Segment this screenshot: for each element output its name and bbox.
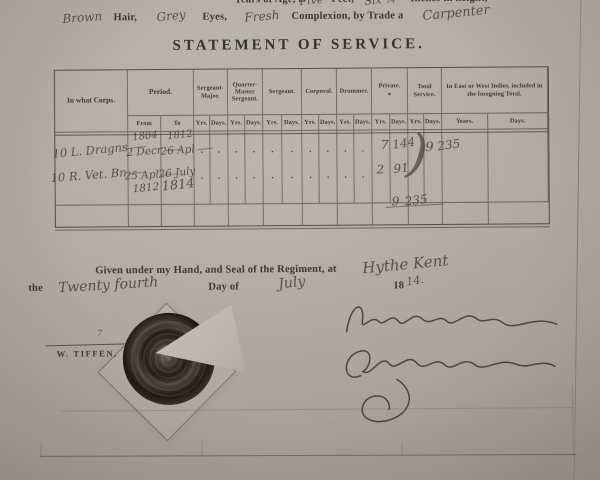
sub-header-yrs: Yrs. xyxy=(302,115,319,131)
sub-header-yrs: Yrs. xyxy=(337,115,354,131)
empty-dot: . xyxy=(271,171,273,180)
empty-dot: . xyxy=(253,171,255,180)
height-inches-value: Six ¼ xyxy=(364,0,397,8)
body-indies-days xyxy=(488,129,549,201)
empty-dot: . xyxy=(327,171,329,180)
body-sgt-days: .. xyxy=(282,131,303,203)
printer-name: W. TIFFEN, xyxy=(57,348,118,358)
service-table: In what Corps. Period. Sergeant-Major. Q… xyxy=(54,66,550,227)
col-header-drummer: Drummer. xyxy=(337,68,372,114)
sub-header-days: Days. xyxy=(245,115,263,131)
age-line-prefix: Years of Age, is xyxy=(234,0,306,5)
private-label: Private. xyxy=(378,82,400,89)
body-qms-yrs: .. xyxy=(228,131,246,203)
faint-line-lower xyxy=(40,454,577,457)
sub-header-yrs: Yrs. xyxy=(372,114,390,130)
from-year-2: 1812 xyxy=(132,181,160,195)
month-value: July xyxy=(277,274,306,293)
empty-dot: . xyxy=(235,145,237,154)
empty-dot: . xyxy=(362,171,364,180)
year-written: 14. xyxy=(405,273,424,288)
sub-header-days: Days. xyxy=(390,114,408,130)
col-header-indies: In East or West Indies, included in the … xyxy=(442,67,548,114)
sub-header-days-full: Days. xyxy=(488,113,548,129)
sub-header-days: Days. xyxy=(319,115,337,131)
private-footnote-mark: * xyxy=(388,91,392,99)
empty-dot: . xyxy=(235,171,237,180)
col-header-quarter-master: Quarter-Master Sergeant. xyxy=(228,69,263,115)
document-photo: Years of Age, is Five Feet, Six ¼ Inches… xyxy=(0,0,600,480)
private-yrs-1: 7 xyxy=(380,138,388,153)
hair-label: Hair, xyxy=(113,12,137,23)
summary-qms xyxy=(229,203,264,225)
summary-corps xyxy=(56,204,129,227)
empty-dot: . xyxy=(291,145,293,154)
summary-from xyxy=(129,204,162,226)
body-cpl-days: .. xyxy=(319,131,338,203)
empty-dot: . xyxy=(253,145,255,154)
sub-header-yrs: Yrs. xyxy=(228,115,245,131)
col-header-sergeant-major: Sergeant-Major. xyxy=(194,69,228,115)
empty-dot: . xyxy=(291,171,293,180)
sub-header-days: Days. xyxy=(210,115,228,131)
sub-header-days: Days. xyxy=(282,115,302,131)
signature-flourish xyxy=(362,379,410,421)
complexion-trade-label: Complexion, by Trade a xyxy=(291,10,403,22)
summary-indies-years xyxy=(443,202,489,224)
empty-dot: . xyxy=(327,145,329,154)
col-header-private: Private. * xyxy=(372,68,408,114)
body-drm-yrs: .. xyxy=(337,131,355,203)
empty-dot: . xyxy=(344,171,346,180)
statement-of-service-heading: STATEMENT OF SERVICE. xyxy=(0,35,599,56)
summary-sm xyxy=(195,203,229,225)
printer-mark: 7 xyxy=(97,329,103,339)
empty-dot: . xyxy=(218,172,220,181)
empty-dot: . xyxy=(309,145,311,154)
complexion-value: Fresh xyxy=(244,8,280,25)
sub-header-days: Days. xyxy=(354,114,372,130)
day-written-value: Twenty fourth xyxy=(58,274,159,296)
officer-signature xyxy=(346,306,556,332)
empty-dot: . xyxy=(362,145,364,154)
the-label: the xyxy=(28,283,43,294)
hair-value: Brown xyxy=(62,9,103,26)
eyes-label: Eyes, xyxy=(202,12,227,23)
height-feet-value: Five xyxy=(299,0,324,8)
sub-header-yrs: Yrs. xyxy=(194,116,210,132)
total-days: 235 xyxy=(437,137,462,154)
place-value: Hythe Kent xyxy=(362,251,450,277)
total-yrs: 9 xyxy=(425,140,433,155)
summary-cpl xyxy=(303,203,338,225)
document-page: Years of Age, is Five Feet, Six ¼ Inches… xyxy=(0,0,600,480)
trade-value: Carpenter xyxy=(422,3,491,24)
private-yrs-2: 2 xyxy=(376,162,384,176)
body-drm-days: .. xyxy=(354,130,373,202)
rank-signature xyxy=(346,349,555,377)
sub-header-yrs: Yrs. xyxy=(263,115,282,131)
sub-header-years-full: Years. xyxy=(442,114,488,130)
summary-drm xyxy=(338,202,373,224)
empty-dot: . xyxy=(344,145,346,154)
col-header-corporal: Corporal. xyxy=(302,69,337,115)
body-sgt-yrs: .. xyxy=(263,131,283,203)
signature-block xyxy=(330,286,591,438)
faint-tick-mid xyxy=(201,441,202,457)
col-header-corps: In what Corps. xyxy=(55,70,128,133)
empty-dot: . xyxy=(271,145,273,154)
col-header-period: Period. xyxy=(128,70,194,116)
summary-indies-days xyxy=(489,201,549,223)
body-cpl-yrs: .. xyxy=(302,131,320,203)
eyes-value: Grey xyxy=(156,7,187,24)
col-header-sergeant: Sergeant. xyxy=(263,69,302,115)
empty-dot: . xyxy=(309,171,311,180)
summary-to xyxy=(162,204,195,226)
empty-dot: . xyxy=(201,172,203,181)
col-header-total-service: Total Service. xyxy=(408,68,442,114)
day-of-label: Day of xyxy=(208,281,239,292)
feet-label: Feet, xyxy=(331,0,354,5)
summary-sgt xyxy=(264,203,303,225)
body-qms-days: .. xyxy=(245,131,264,203)
empty-dot: . xyxy=(218,146,220,155)
faint-tick-mid2 xyxy=(401,443,402,455)
